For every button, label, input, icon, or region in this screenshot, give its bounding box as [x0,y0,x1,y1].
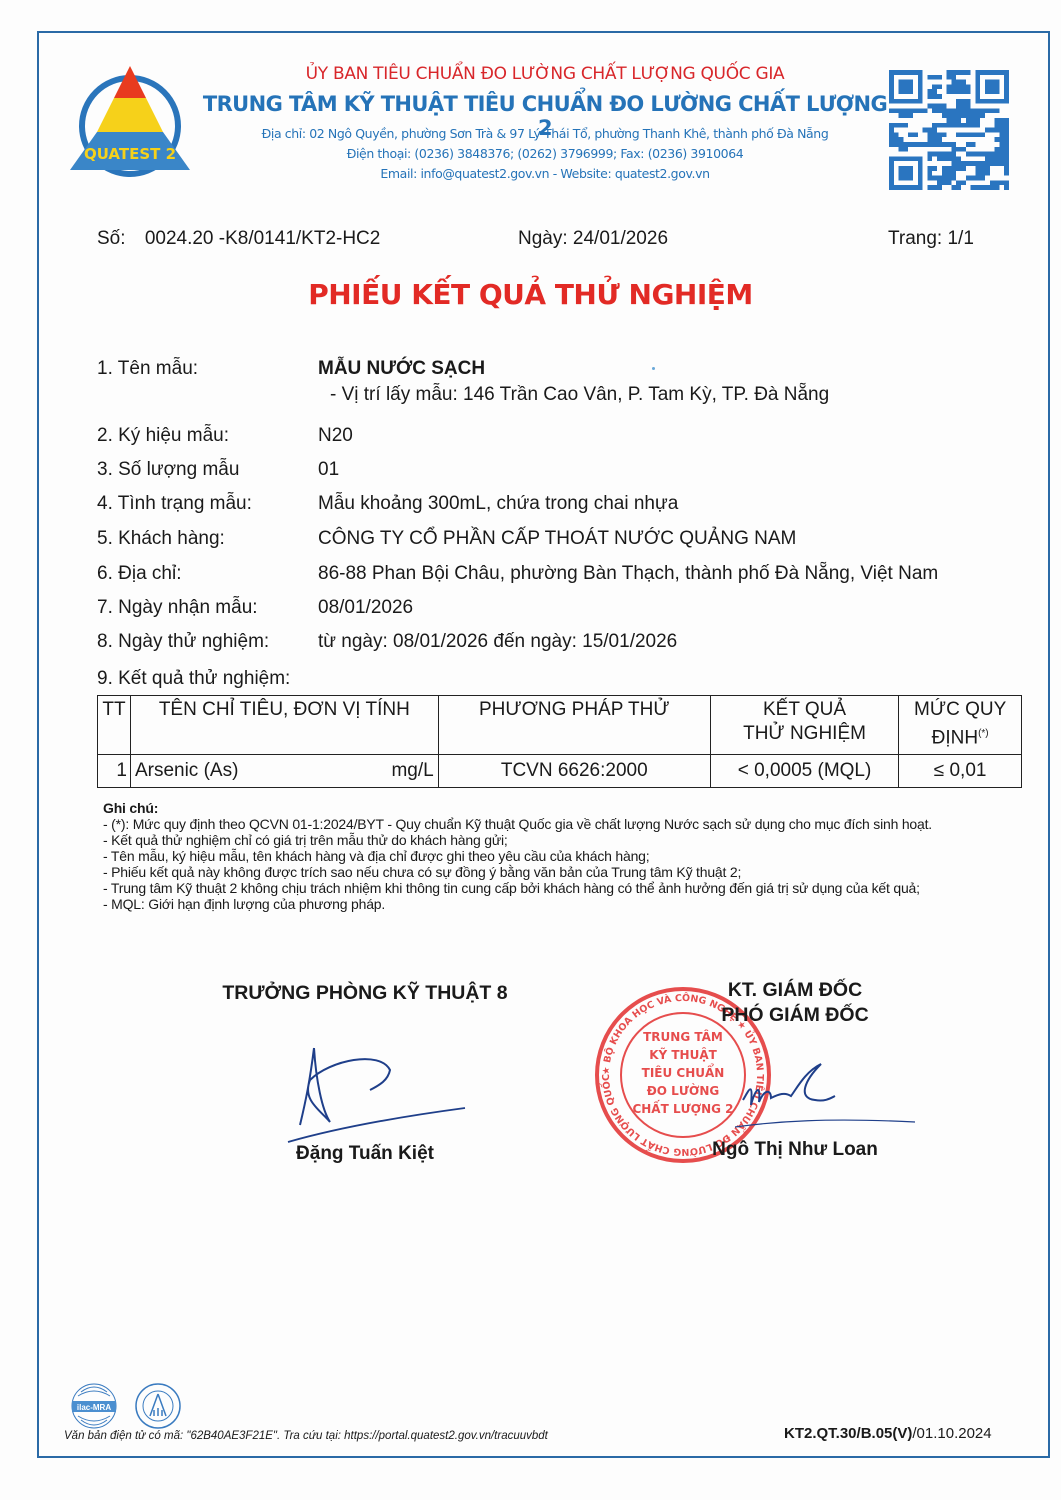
cell-tt: 1 [98,755,131,788]
note-item: - Kết quả thử nghiệm chỉ có giá trị trên… [103,832,1003,848]
field-value: 86-88 Phan Bội Châu, phường Bàn Thạch, t… [318,563,938,585]
note-item: - Tên mẫu, ký hiệu mẫu, tên khách hàng v… [103,848,1003,864]
parameter-name: Arsenic (As) [135,760,238,781]
note-item: - MQL: Giới hạn định lượng của phương ph… [103,896,1003,912]
field-label: 1. Tên mẫu: [97,358,198,380]
svg-text:ĐO LƯỜNG: ĐO LƯỜNG [647,1083,719,1098]
right-signatory-title: KT. GIÁM ĐỐC PHÓ GIÁM ĐỐC [680,978,910,1028]
col-header-name: TÊN CHỈ TIÊU, ĐƠN VỊ TÍNH [130,696,438,755]
header-contact: Email: info@quatest2.gov.vn - Website: q… [200,166,890,181]
scan-artifact [652,367,655,370]
field-label: 7. Ngày nhận mẫu: [97,597,258,619]
parameter-unit: mg/L [391,760,433,782]
boa-accreditation-icon [136,1384,180,1428]
field-value: N20 [318,425,353,447]
note-item: - (*): Mức quy định theo QCVN 01-1:2024/… [103,816,1003,832]
document-number-label: Số: [97,228,126,249]
svg-text:ilac-MRA: ilac-MRA [77,1403,111,1412]
svg-text:QUATEST 2: QUATEST 2 [84,145,176,163]
field-label: 2. Ký hiệu mẫu: [97,425,229,447]
note-item: - Trung tâm Kỹ thuật 2 không chịu trách … [103,880,1003,896]
cell-method: TCVN 6626:2000 [438,755,710,788]
right-signature [735,1060,915,1140]
document-title: PHIẾU KẾT QUẢ THỬ NGHIỆM [0,278,1061,311]
right-signatory-name: Ngô Thị Như Loan [680,1139,910,1161]
document-number: Số: 0024.20 -K8/0141/KT2-HC2 [97,228,380,250]
table-row: 1 Arsenic (As) mg/L TCVN 6626:2000 < 0,0… [98,755,1022,788]
field-label: 5. Khách hàng: [97,528,225,550]
svg-text:TIÊU CHUẨN: TIÊU CHUẨN [642,1063,725,1080]
cell-limit: ≤ 0,01 [899,755,1022,788]
svg-text:KỸ THUẬT: KỸ THUẬT [649,1047,717,1062]
notes-heading: Ghi chú: [103,800,1003,816]
header-address: Địa chỉ: 02 Ngô Quyền, phường Sơn Trà & … [200,126,890,141]
field-value: 08/01/2026 [318,597,413,619]
header-parent-agency: ỦY BAN TIÊU CHUẨN ĐO LƯỜNG CHẤT LƯỢNG QU… [200,64,890,84]
cell-result: < 0,0005 (MQL) [710,755,898,788]
col-header-method: PHƯƠNG PHÁP THỬ [438,696,710,755]
note-item: - Phiếu kết quả này không được trích sao… [103,864,1003,880]
field-label: 6. Địa chỉ: [97,563,181,585]
field-subvalue: - Vị trí lấy mẫu: 146 Trần Cao Vân, P. T… [330,384,829,406]
field-label: 9. Kết quả thử nghiệm: [97,668,290,690]
form-code: KT2.QT.30/B.05(V)/01.10.2024 [784,1425,992,1442]
field-value: từ ngày: 08/01/2026 đến ngày: 15/01/2026 [318,631,677,653]
svg-text:TRUNG TÂM: TRUNG TÂM [643,1029,723,1044]
document-date: Ngày: 24/01/2026 [518,228,668,250]
document-number-value: 0024.20 -K8/0141/KT2-HC2 [145,228,381,249]
field-label: 4. Tình trạng mẫu: [97,493,252,515]
svg-text:CHẤT LƯỢNG 2: CHẤT LƯỢNG 2 [632,1099,733,1116]
left-signatory-name: Đặng Tuấn Kiệt [180,1143,550,1165]
field-value: MẪU NƯỚC SẠCH [318,358,485,380]
field-label: 3. Số lượng mẫu [97,459,239,481]
results-table: TT TÊN CHỈ TIÊU, ĐƠN VỊ TÍNH PHƯƠNG PHÁP… [97,695,1022,788]
page-indicator: Trang: 1/1 [888,228,974,250]
cell-name: Arsenic (As) mg/L [130,755,438,788]
col-header-limit: MỨC QUY ĐỊNH(*) [899,696,1022,755]
field-value: CÔNG TY CỔ PHẦN CẤP THOÁT NƯỚC QUẢNG NAM [318,528,796,550]
header-phone: Điện thoại: (0236) 3848376; (0262) 37969… [200,146,890,161]
left-signature [270,1040,470,1150]
quatest2-logo: QUATEST 2 [68,58,194,178]
left-signatory-title: TRƯỞNG PHÒNG KỸ THUẬT 8 [180,982,550,1005]
electronic-document-note: Văn bản điện tử có mã: "62B40AE3F21E". T… [64,1430,548,1442]
table-header-row: TT TÊN CHỈ TIÊU, ĐƠN VỊ TÍNH PHƯƠNG PHÁP… [98,696,1022,755]
ilac-mra-icon: ilac-MRA [72,1384,116,1428]
col-header-tt: TT [98,696,131,755]
field-value: 01 [318,459,339,481]
accreditation-logos: ilac-MRA [70,1380,200,1432]
qr-code-icon[interactable] [889,70,1009,190]
notes-section: Ghi chú: - (*): Mức quy định theo QCVN 0… [103,800,1003,912]
field-value: Mẫu khoảng 300mL, chứa trong chai nhựa [318,493,678,515]
field-label: 8. Ngày thử nghiệm: [97,631,269,653]
col-header-result: KẾT QUẢ THỬ NGHIỆM [710,696,898,755]
